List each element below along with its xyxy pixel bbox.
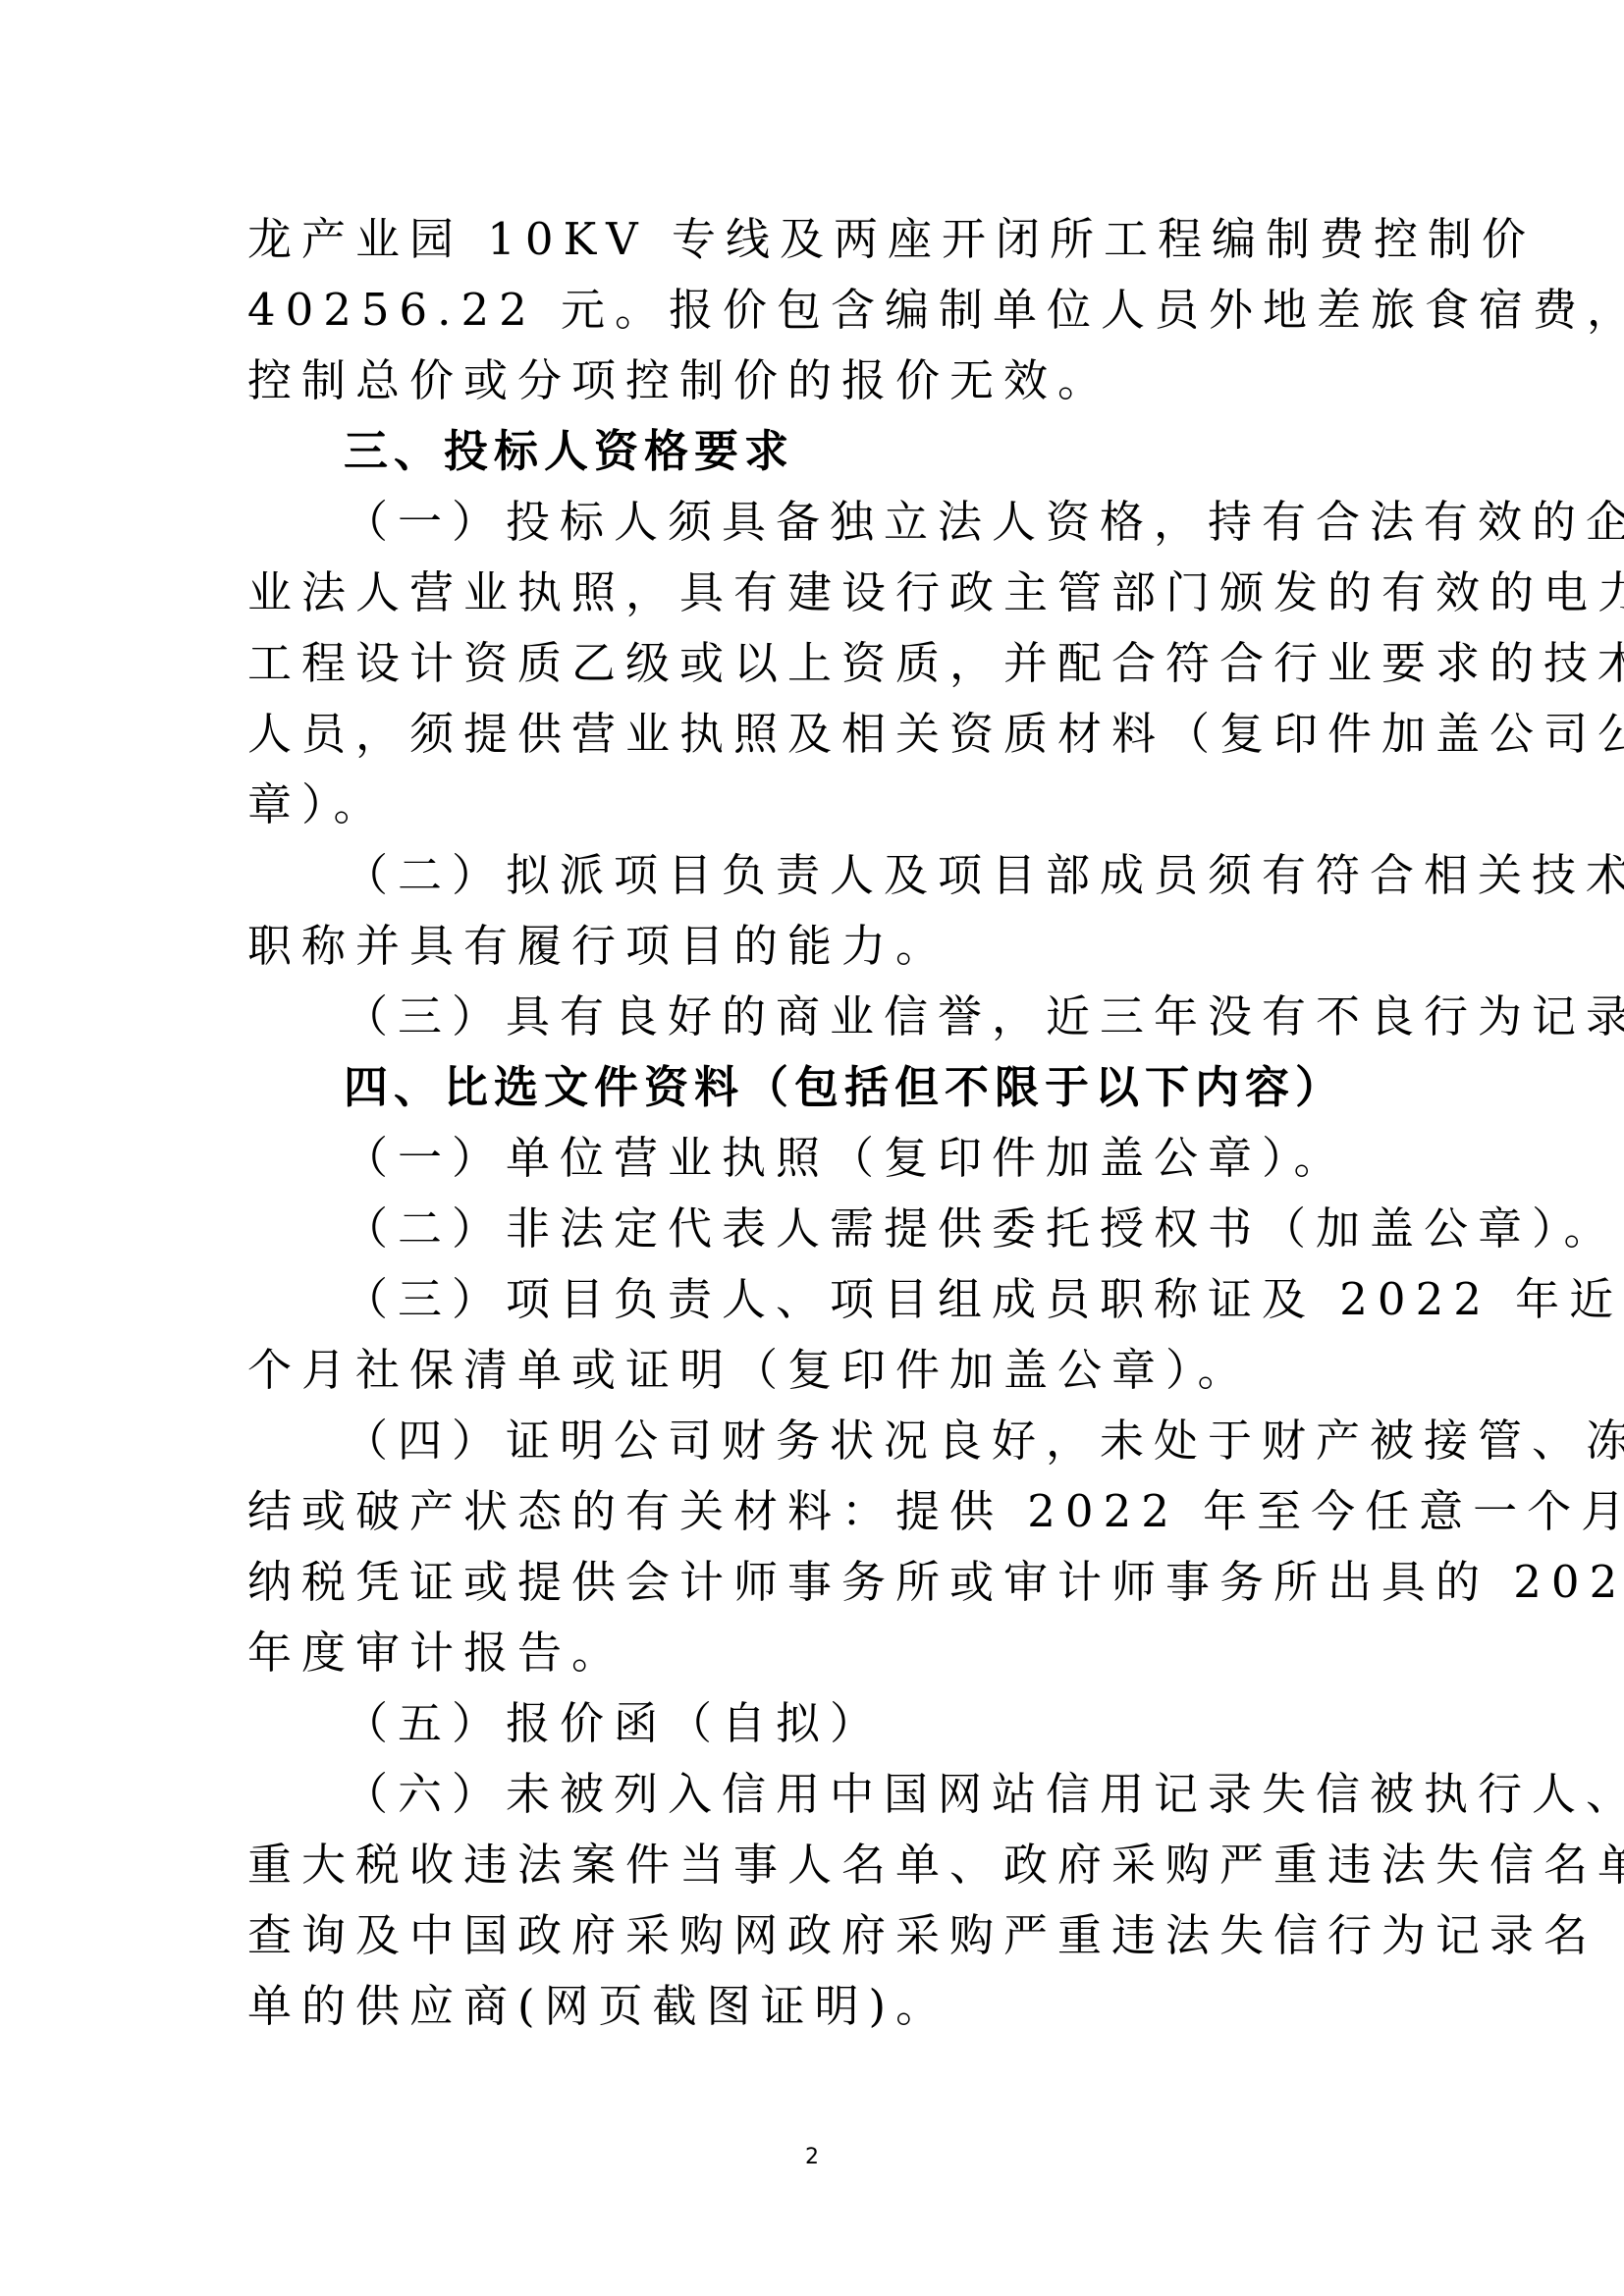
paragraph-line: 单的供应商(网页截图证明)。 xyxy=(247,1971,1396,2042)
paragraph-line: 龙产业园 10KV 专线及两座开闭所工程编制费控制价 xyxy=(247,204,1396,275)
paragraph-line: 章）。 xyxy=(247,770,1396,840)
paragraph-line: （五）报价函（自拟） xyxy=(344,1688,1492,1759)
paragraph-line: 40256.22 元。报价包含编制单位人员外地差旅食宿费，超过 xyxy=(247,275,1396,346)
section-heading: 四、比选文件资料（包括但不限于以下内容） xyxy=(344,1052,1492,1123)
paragraph-line: （三）具有良好的商业信誉，近三年没有不良行为记录。 xyxy=(344,982,1492,1052)
paragraph-line: 查询及中国政府采购网政府采购严重违法失信行为记录名 xyxy=(247,1900,1396,1971)
paragraph-line: （二）拟派项目负责人及项目部成员须有符合相关技术 xyxy=(344,840,1492,911)
section-heading: 三、投标人资格要求 xyxy=(344,416,1492,487)
paragraph-line: （一）投标人须具备独立法人资格，持有合法有效的企 xyxy=(344,487,1492,558)
paragraph-line: （六）未被列入信用中国网站信用记录失信被执行人、 xyxy=(344,1759,1492,1830)
paragraph-line: （四）证明公司财务状况良好，未处于财产被接管、冻 xyxy=(344,1406,1492,1476)
document-page: 龙产业园 10KV 专线及两座开闭所工程编制费控制价 40256.22 元。报价… xyxy=(0,0,1624,2296)
paragraph-line: （二）非法定代表人需提供委托授权书（加盖公章）。 xyxy=(344,1194,1492,1264)
paragraph-line: 纳税凭证或提供会计师事务所或审计师事务所出具的 2021 xyxy=(247,1547,1396,1618)
paragraph-line: 控制总价或分项控制价的报价无效。 xyxy=(247,346,1396,416)
paragraph-line: 职称并具有履行项目的能力。 xyxy=(247,911,1396,982)
paragraph-line: 业法人营业执照，具有建设行政主管部门颁发的有效的电力 xyxy=(247,558,1396,628)
paragraph-line: 人员，须提供营业执照及相关资质材料（复印件加盖公司公 xyxy=(247,699,1396,770)
paragraph-line: 结或破产状态的有关材料：提供 2022 年至今任意一个月的 xyxy=(247,1476,1396,1547)
paragraph-line: 重大税收违法案件当事人名单、政府采购严重违法失信名单 xyxy=(247,1830,1396,1900)
paragraph-line: 个月社保清单或证明（复印件加盖公章）。 xyxy=(247,1335,1396,1406)
page-number: 2 xyxy=(0,2145,1624,2170)
paragraph-line: （一）单位营业执照（复印件加盖公章）。 xyxy=(344,1123,1492,1194)
paragraph-line: 工程设计资质乙级或以上资质，并配合符合行业要求的技术 xyxy=(247,628,1396,699)
paragraph-line: 年度审计报告。 xyxy=(247,1618,1396,1688)
paragraph-line: （三）项目负责人、项目组成员职称证及 2022 年近 3 xyxy=(344,1264,1492,1335)
